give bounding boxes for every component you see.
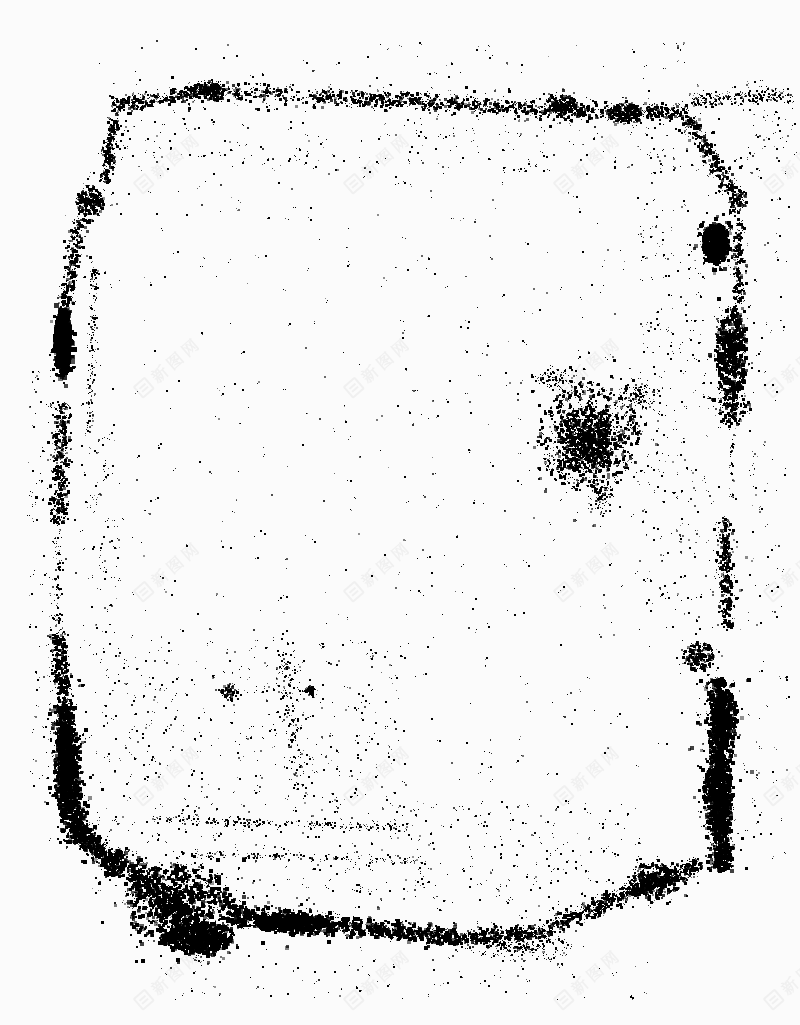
grunge-texture-image: 新图网新图网新图网新图网新图网新图网新图网新图网新图网新图网新图网新图网新图网新… — [0, 0, 800, 1025]
grunge-frame-canvas — [0, 0, 800, 1025]
